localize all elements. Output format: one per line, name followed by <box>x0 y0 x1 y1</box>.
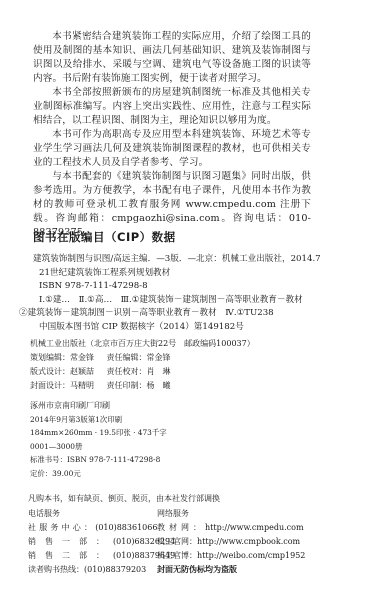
credit-row: 版式设计：赵颖喆 责任校对：肖 琳 <box>30 365 255 379</box>
web-label: 教材网： <box>157 523 205 532</box>
print-run: 0001—3000册 <box>30 440 167 453</box>
web-link[interactable]: http://www.cmpbook.com <box>197 537 300 546</box>
web-service-title: 网络服务 <box>157 507 328 521</box>
intro-paragraph: 本书紧密结合建筑装饰工程的实际应用，介绍了绘图工具的使用及制图的基本知识、画法几… <box>33 30 311 86</box>
phone-service-title: 电话服务 <box>28 507 157 521</box>
cip-line-isbn: ISBN 978-7-111-47298-8 <box>33 280 333 294</box>
web-label: 机工官网： <box>157 537 197 546</box>
cip-line-classification-cont: ②建筑装饰－建筑制图－识别－高等职业教育－教材 Ⅳ.①TU238 <box>19 307 333 321</box>
phone-service: 电话服务 社服务中心：(010)88361066 销售一部：(010)68326… <box>28 507 157 577</box>
phone-row: 读者购书热线：(010)88379203 <box>28 563 157 577</box>
print-supervisor: 责任印制：杨 曦 <box>107 381 171 390</box>
anti-counterfeit-notice: 封面无防伪标均为盗版 <box>157 563 328 577</box>
web-link[interactable]: http://weibo.com/cmp1952 <box>197 551 305 560</box>
intro-paragraph: 本书可作为高职高专及应用型本科建筑装饰、环境艺术等专业学生学习画法几何及建筑装饰… <box>33 128 311 170</box>
customer-service: 凡购本书，如有缺页、倒页、脱页，由本社发行部调换 电话服务 社服务中心：(010… <box>28 492 328 577</box>
intro-paragraph: 本书全部按照新颁布的房屋建筑制图统一标准及其他相关专业制图标准编写。内容上突出实… <box>33 86 311 128</box>
edition-info: 2014年9月第3版第1次印刷 <box>30 413 167 426</box>
cip-line-title: 建筑装饰制图与识图/高远主编．—3版．—北京：机械工业出版社，2014.7 <box>33 253 333 267</box>
phone-label: 社服务中心： <box>28 523 95 532</box>
printer: 涿州市京南印刷厂印刷 <box>30 399 255 413</box>
price: 定价：39.00元 <box>30 467 167 480</box>
imprint: 机械工业出版社（北京市百万庄大街22号 邮政编码100037） 策划编辑：常金锋… <box>30 337 255 413</box>
format-info: 184mm×260mm · 19.5印张 · 473千字 <box>30 426 167 439</box>
phone-label: 销售一部： <box>28 537 113 546</box>
phone-row: 社服务中心：(010)88361066 <box>28 521 157 535</box>
cip-line-series: 21世纪建筑装饰工程系列规划教材 <box>33 267 333 281</box>
print-specifications: 2014年9月第3版第1次印刷 184mm×260mm · 19.5印张 · 4… <box>30 413 167 480</box>
cip-data: 建筑装饰制图与识图/高远主编．—3版．—北京：机械工业出版社，2014.7 21… <box>33 253 333 335</box>
credit-row: 封面设计：马精明 责任印制：杨 曦 <box>30 379 255 393</box>
cip-heading: 图书在版编目（CIP）数据 <box>33 229 176 245</box>
book-introduction: 本书紧密结合建筑装饰工程的实际应用，介绍了绘图工具的使用及制图的基本知识、画法几… <box>33 30 311 240</box>
phone-row: 销售二部：(010)88379649 <box>28 549 157 563</box>
cip-line-record-number: 中国版本图书馆 CIP 数据核字（2014）第149182号 <box>33 321 333 335</box>
phone-label: 销售二部： <box>28 551 113 560</box>
proofreader: 责任校对：肖 琳 <box>107 367 171 376</box>
publisher-address: 机械工业出版社（北京市百万庄大街22号 邮政编码100037） <box>30 337 255 351</box>
responsible-editor: 责任编辑：常金锋 <box>107 353 171 362</box>
web-row: 机工官博：http://weibo.com/cmp1952 <box>157 549 328 563</box>
layout-designer: 版式设计：赵颖喆 <box>30 367 94 376</box>
web-label: 机工官博： <box>157 551 197 560</box>
web-link[interactable]: http://www.cmpedu.com <box>205 523 304 532</box>
web-row: 教材网：http://www.cmpedu.com <box>157 521 328 535</box>
phone-label: 读者购书热线： <box>28 565 84 574</box>
cip-line-classification: Ⅰ.①建… Ⅱ.①高… Ⅲ.①建筑装饰－建筑制图－高等职业教育－教材 <box>33 294 333 308</box>
copyright-page: 本书紧密结合建筑装饰工程的实际应用，介绍了绘图工具的使用及制图的基本知识、画法几… <box>0 0 375 594</box>
standard-isbn: 标准书号：ISBN 978-7-111-47298-8 <box>30 453 167 466</box>
phone-number: (010)88361066 <box>95 523 157 532</box>
phone-number: (010)88379203 <box>84 565 146 574</box>
web-row: 机工官网：http://www.cmpbook.com <box>157 535 328 549</box>
cover-designer: 封面设计：马精明 <box>30 381 94 390</box>
web-service: 网络服务 教材网：http://www.cmpedu.com 机工官网：http… <box>157 507 328 577</box>
planning-editor: 策划编辑：常金锋 <box>30 353 94 362</box>
defect-notice: 凡购本书，如有缺页、倒页、脱页，由本社发行部调换 <box>28 492 328 506</box>
phone-row: 销售一部：(010)68326294 <box>28 535 157 549</box>
credit-row: 策划编辑：常金锋 责任编辑：常金锋 <box>30 351 255 365</box>
